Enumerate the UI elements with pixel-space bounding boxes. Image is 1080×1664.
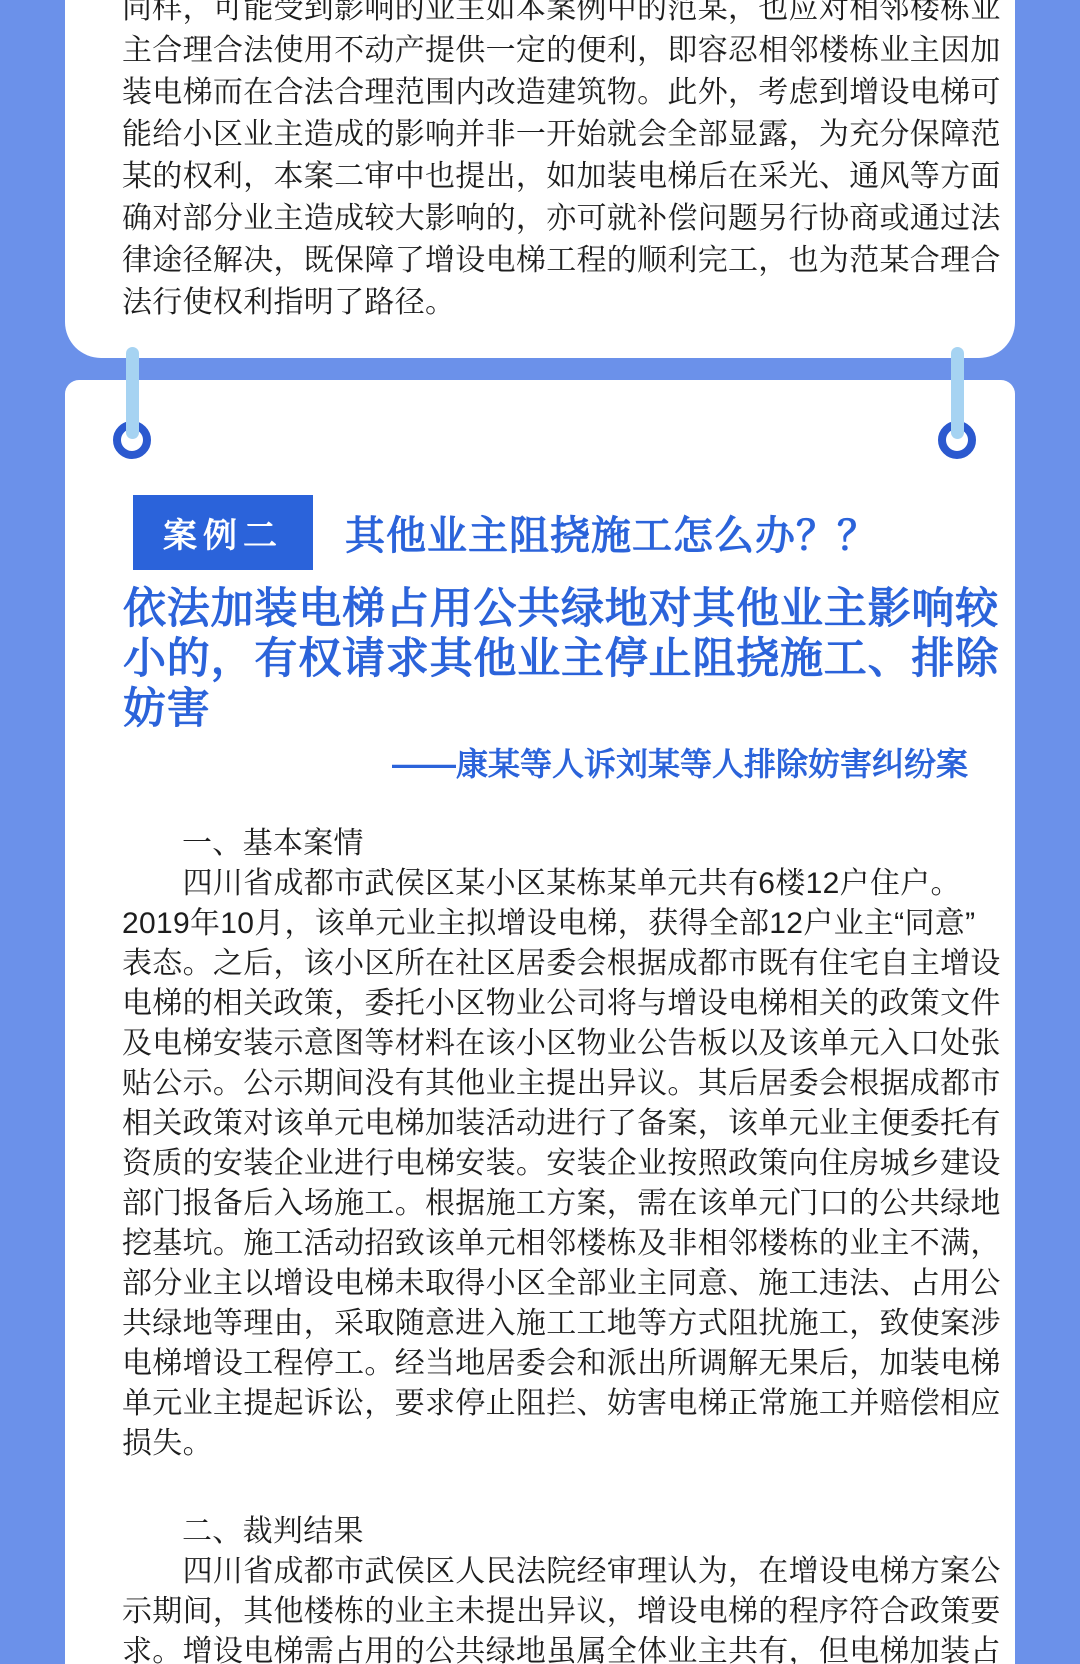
body-text-line: 共绿地等理由，采取随意进入施工工地等方式阻扰施工，致使案涉: [122, 1304, 1006, 1344]
subheading-line: 依法加装电梯占用公共绿地对其他业主影响较: [123, 584, 1007, 634]
section-title-judgment: 二、裁判结果: [122, 1512, 364, 1552]
analysis-card: 同样，可能受到影响的业主如本案例中的范某，也应对相邻楼栋业主合理合法使用不动产提…: [65, 0, 1015, 358]
case-name-attribution: ——康某等人诉刘某等人排除妨害纠纷案: [123, 742, 968, 786]
subheading-line: 妨害: [123, 684, 1007, 734]
body-text-line: 相关政策对该单元电梯加装活动进行了备案，该单元业主便委托有: [122, 1104, 1006, 1144]
analysis-text-line: 能给小区业主造成的影响并非一开始就会全部显露，为充分保障范: [122, 114, 1006, 156]
section-title-basic-facts: 一、基本案情: [122, 824, 364, 864]
body-text-line: 挖基坑。施工活动招致该单元相邻楼栋及非相邻楼栋的业主不满，: [122, 1224, 1006, 1264]
analysis-text-line: 确对部分业主造成较大影响的，亦可就补偿问题另行协商或通过法: [122, 198, 1006, 240]
body-text-line: 2019年10月，该单元业主拟增设电梯，获得全部12户业主“同意”: [122, 904, 1006, 944]
body-text-line: 及电梯安装示意图等材料在该小区物业公告板以及该单元入口处张: [122, 1024, 1006, 1064]
hanger-rope-left-icon: [126, 347, 139, 439]
body-text-line: 部分业主以增设电梯未取得小区全部业主同意、施工违法、占用公: [122, 1264, 1006, 1304]
body-text-line: 示期间，其他楼栋的业主未提出异议，增设电梯的程序符合政策要: [122, 1592, 1006, 1632]
analysis-paragraph: 同样，可能受到影响的业主如本案例中的范某，也应对相邻楼栋业主合理合法使用不动产提…: [122, 0, 1006, 324]
body-text-line: 电梯的相关政策，委托小区物业公司将与增设电梯相关的政策文件: [122, 984, 1006, 1024]
subheading-line: 小的，有权请求其他业主停止阻挠施工、排除: [123, 634, 1007, 684]
case-rule-subheading: 依法加装电梯占用公共绿地对其他业主影响较小的，有权请求其他业主停止阻挠施工、排除…: [123, 584, 1007, 734]
hanger-rope-right-icon: [951, 347, 964, 439]
body-text-line: 电梯增设工程停工。经当地居委会和派出所调解无果后，加装电梯: [122, 1344, 1006, 1384]
judgment-paragraph: 四川省成都市武侯区人民法院经审理认为，在增设电梯方案公示期间，其他楼栋的业主未提…: [122, 1552, 1006, 1664]
analysis-text-line: 法行使权利指明了路径。: [122, 282, 1006, 324]
body-text-line: 损失。: [122, 1424, 1006, 1464]
body-text-line: 资质的安装企业进行电梯安装。安装企业按照政策向住房城乡建设: [122, 1144, 1006, 1184]
analysis-text-line: 装电梯而在合法合理范围内改造建筑物。此外，考虑到增设电梯可: [122, 72, 1006, 114]
body-text-line: 四川省成都市武侯区某小区某栋某单元共有6楼12户住户。: [122, 864, 1006, 904]
analysis-text-line: 律途径解决，既保障了增设电梯工程的顺利完工，也为范某合理合: [122, 240, 1006, 282]
case-number-badge: 案例二: [133, 495, 313, 570]
body-text-line: 四川省成都市武侯区人民法院经审理认为，在增设电梯方案公: [122, 1552, 1006, 1592]
body-text-line: 表态。之后，该小区所在社区居委会根据成都市既有住宅自主增设: [122, 944, 1006, 984]
body-text-line: 单元业主提起诉讼，要求停止阻拦、妨害电梯正常施工并赔偿相应: [122, 1384, 1006, 1424]
analysis-text-line: 主合理合法使用不动产提供一定的便利，即容忍相邻楼栋业主因加: [122, 30, 1006, 72]
body-text-line: 求。增设电梯需占用的公共绿地虽属全体业主共有，但电梯加装占: [122, 1632, 1006, 1664]
analysis-text-line: 某的权利，本案二审中也提出，如加装电梯后在采光、通风等方面: [122, 156, 1006, 198]
basic-facts-paragraph: 四川省成都市武侯区某小区某栋某单元共有6楼12户住户。2019年10月，该单元业…: [122, 864, 1006, 1464]
body-text-line: 部门报备后入场施工。根据施工方案，需在该单元门口的公共绿地: [122, 1184, 1006, 1224]
body-text-line: 贴公示。公示期间没有其他业主提出异议。其后居委会根据成都市: [122, 1064, 1006, 1104]
case-two-card: 案例二 其他业主阻挠施工怎么办？？ 依法加装电梯占用公共绿地对其他业主影响较小的…: [65, 380, 1015, 1664]
analysis-text-line: 同样，可能受到影响的业主如本案例中的范某，也应对相邻楼栋业: [122, 0, 1006, 30]
case-question-heading: 其他业主阻挠施工怎么办？？: [345, 495, 878, 570]
